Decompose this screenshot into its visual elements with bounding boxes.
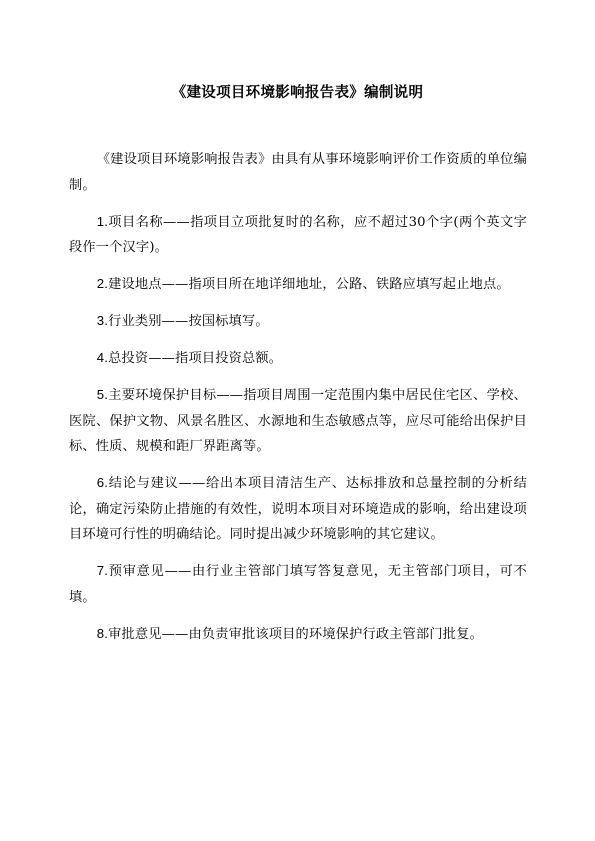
- item-approval-opinion: 8.审批意见——由负责审批该项目的环境保护行政主管部门批复。: [69, 621, 527, 648]
- item-number: 2.: [97, 276, 108, 291]
- item-number: 5.: [97, 387, 108, 402]
- item-text: 结论与建议——给出本项目清洁生产、达标排放和总量控制的分析结论，确定污染防止措施…: [69, 476, 527, 542]
- document-body: 《建设项目环境影响报告表》由具有从事环境影响评价工作资质的单位编制。 1.项目名…: [69, 147, 527, 658]
- intro-paragraph: 《建设项目环境影响报告表》由具有从事环境影响评价工作资质的单位编制。: [69, 147, 527, 198]
- item-total-investment: 4.总投资——指项目投资总额。: [69, 345, 527, 372]
- item-construction-site: 2.建设地点——指项目所在地详细地址，公路、铁路应填写起止地点。: [69, 271, 527, 298]
- item-number: 6.: [97, 475, 108, 490]
- item-industry-category: 3.行业类别——按国标填写。: [69, 308, 527, 335]
- document-page: 《建设项目环境影响报告表》编制说明 《建设项目环境影响报告表》由具有从事环境影响…: [0, 0, 595, 841]
- item-number: 7.: [97, 563, 108, 578]
- item-text: 预审意见——由行业主管部门填写答复意见，无主管部门项目，可不填。: [69, 564, 527, 605]
- item-number: 4.: [97, 350, 108, 365]
- item-number: 8.: [97, 626, 108, 641]
- item-number: 1.: [97, 214, 108, 229]
- item-text: 行业类别——按国标填写。: [108, 314, 269, 329]
- document-title: 《建设项目环境影响报告表》编制说明: [0, 83, 595, 103]
- item-number: 3.: [97, 313, 108, 328]
- item-pre-review-opinion: 7.预审意见——由行业主管部门填写答复意见，无主管部门项目，可不填。: [69, 558, 527, 610]
- item-project-name: 1.项目名称——指项目立项批复时的名称，应不超过30个字(两个英文字段作一个汉字…: [69, 209, 527, 261]
- item-text: 主要环境保护目标——指项目周围一定范围内集中居民住宅区、学校、医院、保护文物、风…: [69, 388, 527, 454]
- item-conclusions: 6.结论与建议——给出本项目清洁生产、达标排放和总量控制的分析结论，确定污染防止…: [69, 470, 527, 548]
- item-protection-targets: 5.主要环境保护目标——指项目周围一定范围内集中居民住宅区、学校、医院、保护文物…: [69, 382, 527, 460]
- item-text: 总投资——指项目投资总额。: [108, 351, 282, 366]
- item-text: 项目名称——指项目立项批复时的名称，应不超过30个字(两个英文字段作一个汉字)。: [69, 215, 527, 256]
- item-text: 审批意见——由负责审批该项目的环境保护行政主管部门批复。: [108, 627, 483, 642]
- item-text: 建设地点——指项目所在地详细地址，公路、铁路应填写起止地点。: [108, 277, 510, 292]
